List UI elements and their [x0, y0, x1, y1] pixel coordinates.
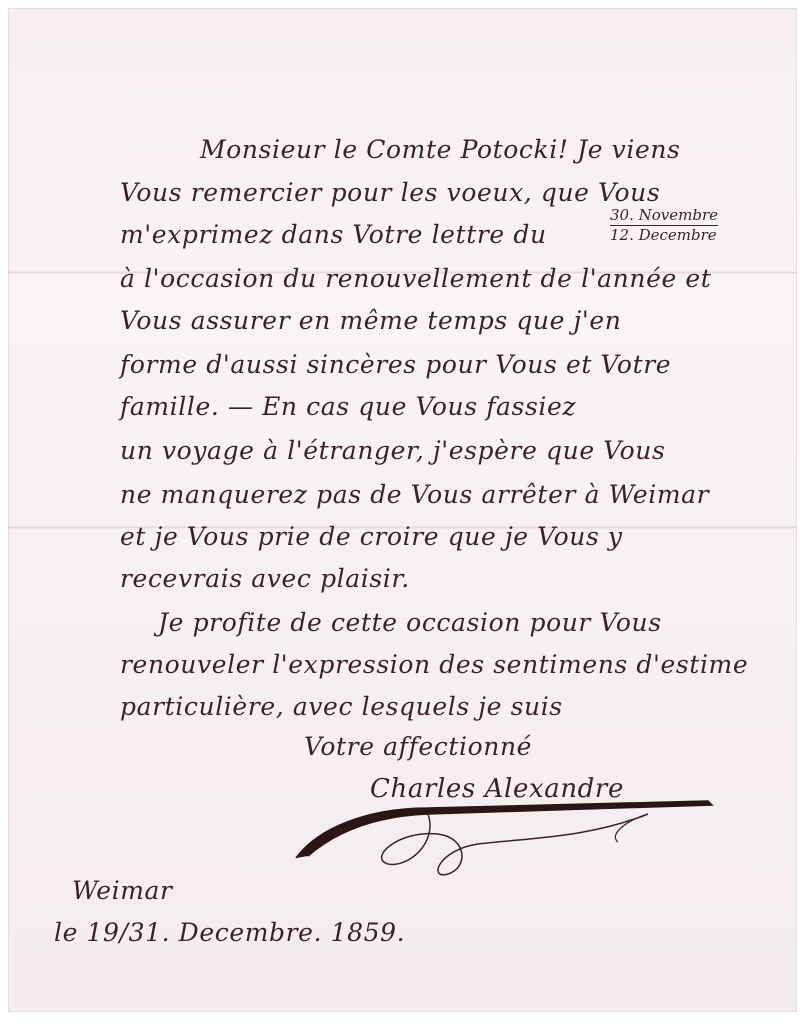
date-line: le 19/31. Decembre. 1859. [54, 918, 405, 947]
letter-paper: Monsieur le Comte Potocki! Je viens Vous… [8, 8, 797, 1012]
signature-flourish-icon [8, 8, 797, 1012]
place-line: Weimar [72, 876, 173, 905]
